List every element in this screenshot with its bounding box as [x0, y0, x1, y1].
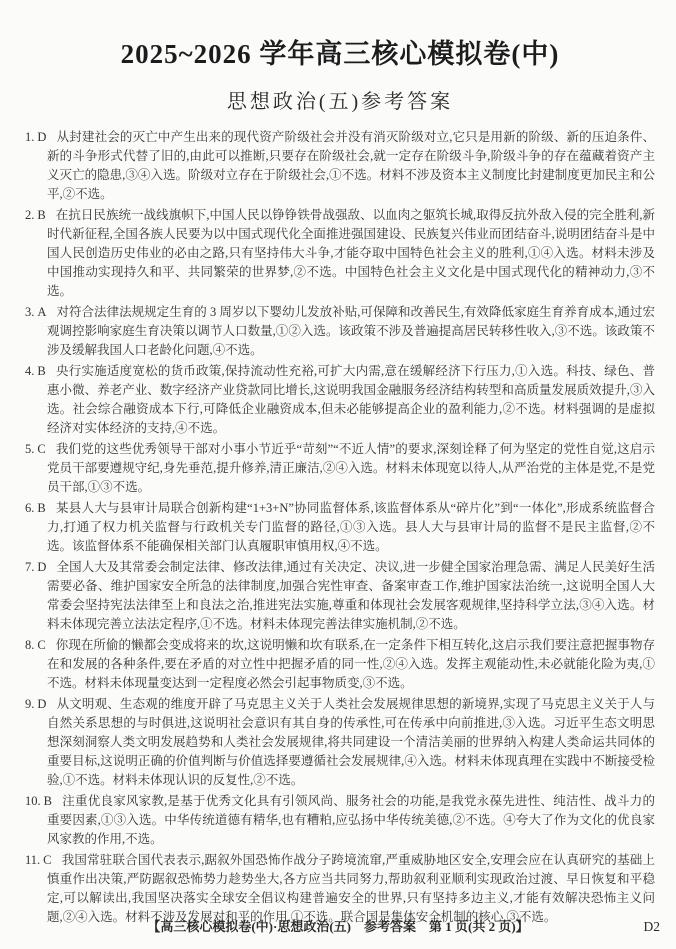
answer-letter: D — [34, 560, 56, 574]
answer-item: 5.C我们党的这些优秀领导干部对小事小节近乎“苛刻”“不近人情”的要求,深刻诠释… — [25, 440, 655, 497]
question-number: 11. — [25, 853, 40, 867]
answer-item: 4.B央行实施适度宽松的货币政策,保持流动性充裕,可扩大内需,意在缓解经济下行压… — [25, 362, 655, 438]
footer-label: 【高三核心模拟卷(中)·思想政治(五) 参考答案 第 1 页(共 2 页)】 — [0, 916, 676, 935]
question-number: 1. — [25, 130, 34, 144]
answer-letter: B — [34, 501, 55, 515]
answer-explanation: 我国常驻联合国代表表示,踞叙外国恐怖作战分子跨境流窜,严重威胁地区安全,安理会应… — [47, 853, 655, 924]
question-number: 6. — [25, 501, 34, 515]
question-number: 9. — [25, 697, 34, 711]
answer-sheet-page: 2025~2026 学年高三核心模拟卷(中) 思想政治(五)参考答案 1.D从封… — [0, 0, 676, 949]
answer-letter: B — [34, 364, 55, 378]
answer-item: 6.B某县人大与县审计局联合创新构建“1+3+N”协同监督体系,该监督体系从“碎… — [25, 499, 655, 556]
question-number: 3. — [25, 305, 34, 319]
answer-explanation: 全国人大及其常委会制定法律、修改法律,通过有关决定、决议,进一步健全国家治理急需… — [47, 560, 655, 631]
answer-item: 9.D从文明观、生态观的维度开辟了马克思主义关于人类社会发展规律思想的新境界,实… — [25, 695, 655, 790]
answer-letter: B — [41, 794, 62, 808]
answer-item: 10.B注重优良家风家教,是基于优秀文化具有引领风尚、服务社会的功能,是我党永葆… — [25, 792, 655, 849]
answer-letter: D — [34, 130, 56, 144]
question-number: 4. — [25, 364, 34, 378]
answer-explanation: 我们党的这些优秀领导干部对小事小节近乎“苛刻”“不近人情”的要求,深刻诠释了何为… — [47, 442, 655, 494]
answer-list: 1.D从封建社会的灭亡中产生出来的现代资产阶级社会并没有消灭阶级对立,它只是用新… — [25, 128, 655, 927]
answer-letter: B — [34, 208, 55, 222]
answer-letter: C — [34, 638, 55, 652]
question-number: 2. — [25, 208, 34, 222]
answer-explanation: 注重优良家风家教,是基于优秀文化具有引领风尚、服务社会的功能,是我党永葆先进性、… — [47, 794, 655, 846]
answer-item: 3.A对符合法律法规规定生育的 3 周岁以下婴幼儿发放补贴,可保障和改善民生,有… — [25, 303, 655, 360]
question-number: 10. — [25, 794, 41, 808]
footer-page-code: D2 — [644, 919, 661, 935]
page-title: 2025~2026 学年高三核心模拟卷(中) — [25, 32, 655, 71]
page-subtitle: 思想政治(五)参考答案 — [25, 85, 655, 114]
answer-item: 8.C你现在所偷的懒都会变成将来的坎,这说明懒和坎有联系,在一定条件下相互转化,… — [25, 636, 655, 693]
answer-item: 7.D全国人大及其常委会制定法律、修改法律,通过有关决定、决议,进一步健全国家治… — [25, 558, 655, 634]
answer-explanation: 你现在所偷的懒都会变成将来的坎,这说明懒和坎有联系,在一定条件下相互转化,这启示… — [47, 638, 655, 690]
answer-explanation: 从文明观、生态观的维度开辟了马克思主义关于人类社会发展规律思想的新境界,实现了马… — [47, 697, 655, 787]
answer-letter: D — [34, 697, 56, 711]
answer-explanation: 央行实施适度宽松的货币政策,保持流动性充裕,可扩大内需,意在缓解经济下行压力,①… — [47, 364, 655, 435]
answer-item: 1.D从封建社会的灭亡中产生出来的现代资产阶级社会并没有消灭阶级对立,它只是用新… — [25, 128, 655, 204]
question-number: 5. — [25, 442, 34, 456]
answer-letter: C — [40, 853, 61, 867]
question-number: 8. — [25, 638, 34, 652]
answer-item: 2.B在抗日民族统一战线旗帜下,中国人民以铮铮铁骨战强敌、以血肉之躯筑长城,取得… — [25, 206, 655, 301]
answer-explanation: 从封建社会的灭亡中产生出来的现代资产阶级社会并没有消灭阶级对立,它只是用新的阶级… — [47, 130, 655, 201]
question-number: 7. — [25, 560, 34, 574]
answer-explanation: 对符合法律法规规定生育的 3 周岁以下婴幼儿发放补贴,可保障和改善民生,有效降低… — [47, 305, 655, 357]
answer-letter: A — [34, 305, 56, 319]
answer-explanation: 某县人大与县审计局联合创新构建“1+3+N”协同监督体系,该监督体系从“碎片化”… — [47, 501, 655, 553]
answer-letter: C — [34, 442, 55, 456]
answer-explanation: 在抗日民族统一战线旗帜下,中国人民以铮铮铁骨战强敌、以血肉之躯筑长城,取得反抗外… — [47, 208, 655, 298]
